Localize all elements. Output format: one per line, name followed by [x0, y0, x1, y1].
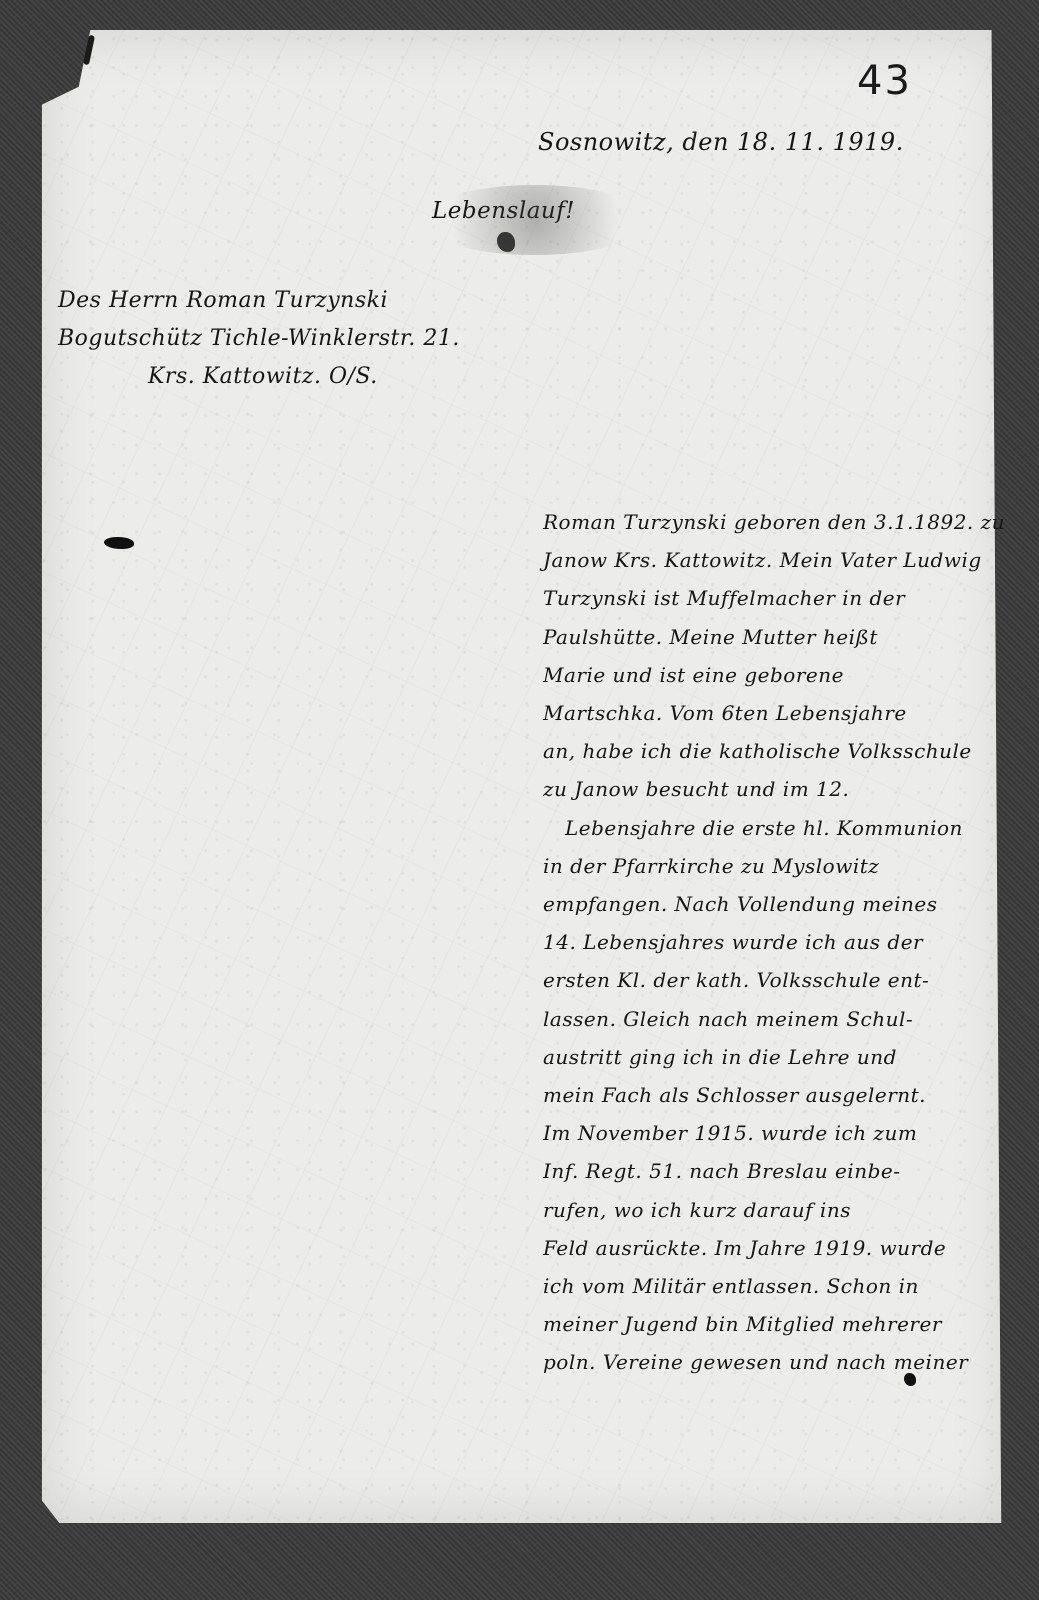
body-line: austritt ging ich in die Lehre und: [543, 1038, 1005, 1076]
body-line: 14. Lebensjahres wurde ich aus der: [543, 923, 1005, 961]
body-line: Paulshütte. Meine Mutter heißt: [543, 618, 1005, 656]
body-line: Feld ausrückte. Im Jahre 1919. wurde: [543, 1229, 1005, 1267]
address-line: Krs. Kattowitz. O/S.: [58, 358, 460, 396]
page-number: 43: [857, 58, 912, 104]
body-line: an, habe ich die katholische Volksschule: [543, 732, 1005, 770]
body-line: rufen, wo ich kurz darauf ins: [543, 1191, 1005, 1229]
body-line: in der Pfarrkirche zu Myslowitz: [543, 847, 1005, 885]
ink-blot: [904, 1373, 916, 1386]
body-line: Marie und ist eine geborene: [543, 656, 1005, 694]
body-line: Lebensjahre die erste hl. Kommunion: [543, 809, 1005, 847]
ink-blot: [497, 232, 515, 252]
body-line: Inf. Regt. 51. nach Breslau einbe-: [543, 1152, 1005, 1190]
address-line: Bogutschütz Tichle-Winklerstr. 21.: [58, 320, 460, 358]
body-line: Martschka. Vom 6ten Lebensjahre: [543, 694, 1005, 732]
address-line: Des Herrn Roman Turzynski: [58, 282, 460, 320]
body-line: poln. Vereine gewesen und nach meiner: [543, 1343, 1005, 1381]
body-line: meiner Jugend bin Mitglied mehrerer: [543, 1305, 1005, 1343]
body-line: ich vom Militär entlassen. Schon in: [543, 1267, 1005, 1305]
body-line: zu Janow besucht und im 12.: [543, 770, 1005, 808]
place-date: Sosnowitz, den 18. 11. 1919.: [538, 128, 904, 156]
body-line: Roman Turzynski geboren den 3.1.1892. zu: [543, 503, 1005, 541]
address-block: Des Herrn Roman Turzynski Bogutschütz Ti…: [58, 282, 460, 396]
body-line: lassen. Gleich nach meinem Schul-: [543, 1000, 1005, 1038]
body-line: Im November 1915. wurde ich zum: [543, 1114, 1005, 1152]
body-line: mein Fach als Schlosser ausgelernt.: [543, 1076, 1005, 1114]
body-line: empfangen. Nach Vollendung meines: [543, 885, 1005, 923]
body-line: ersten Kl. der kath. Volksschule ent-: [543, 961, 1005, 999]
body-text: Roman Turzynski geboren den 3.1.1892. zu…: [543, 503, 1005, 1382]
body-line: Janow Krs. Kattowitz. Mein Vater Ludwig: [543, 541, 1005, 579]
body-line: Turzynski ist Muffelmacher in der: [543, 579, 1005, 617]
ink-smudge: [420, 185, 650, 255]
